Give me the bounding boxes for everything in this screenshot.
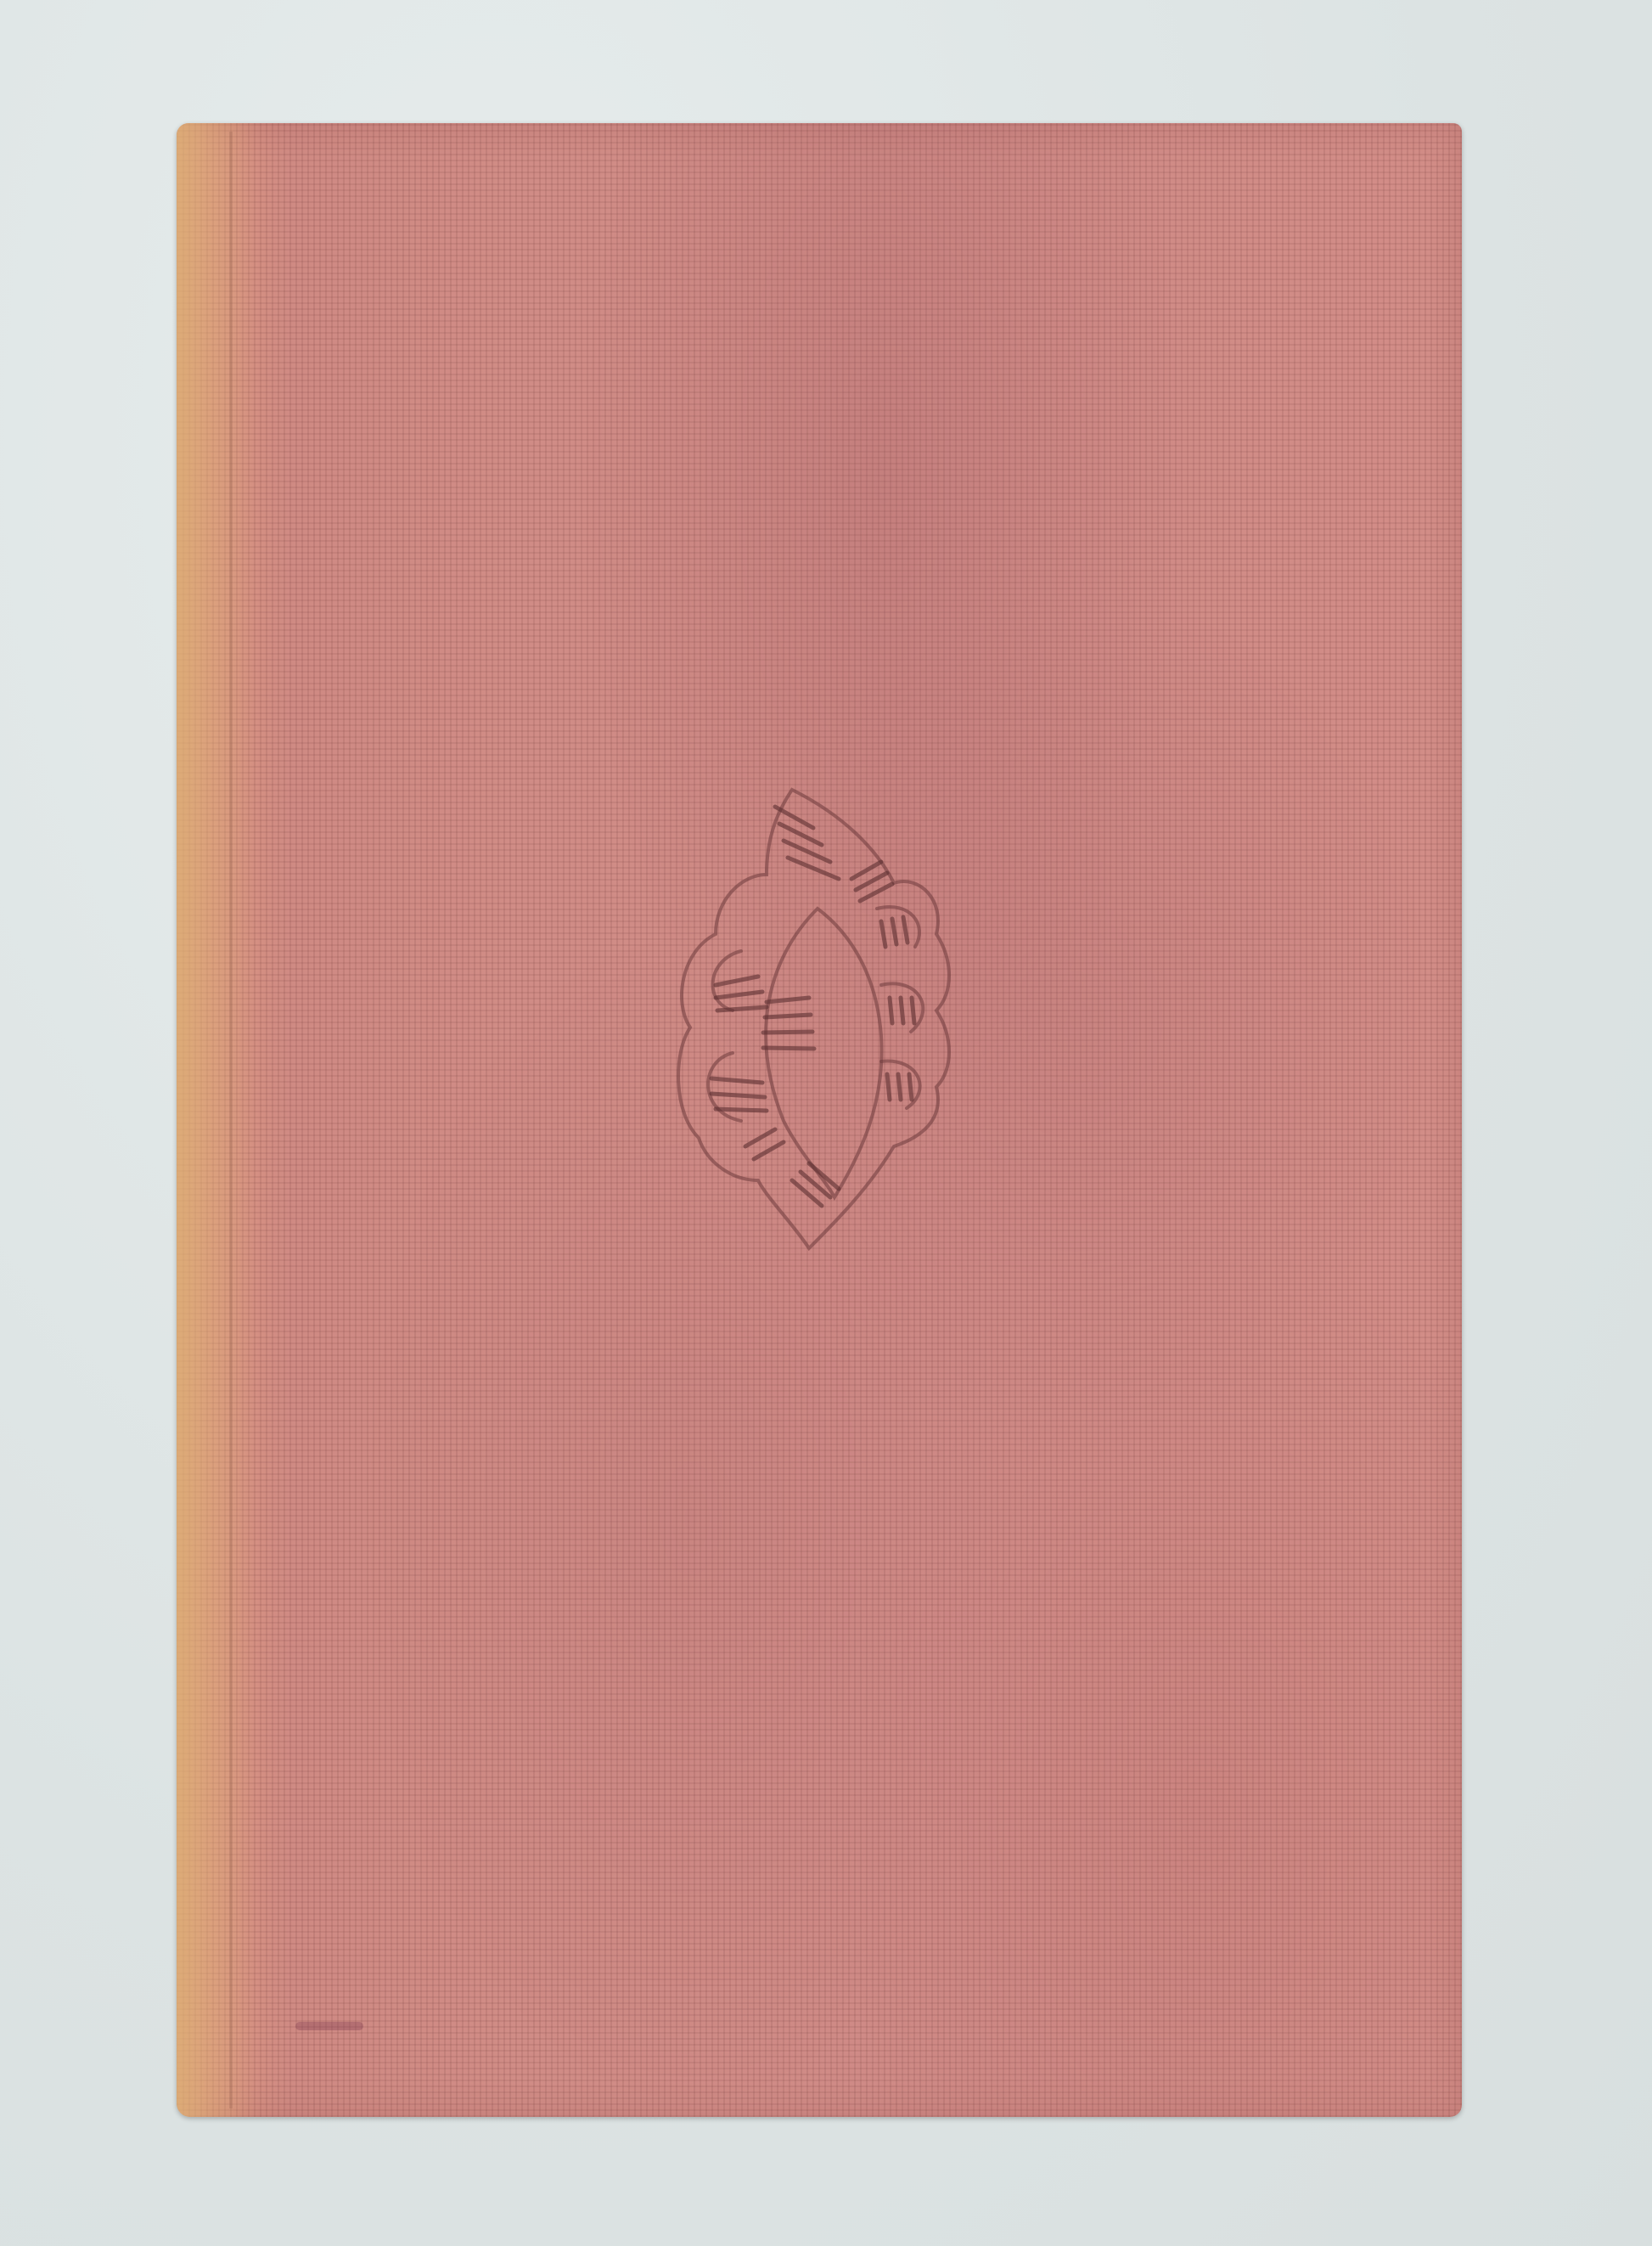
faded-spine-edge <box>177 123 257 2117</box>
book-cover <box>177 123 1462 2117</box>
cloth-stain <box>295 2022 363 2030</box>
embossed-ornament-icon <box>665 781 970 1257</box>
cover-hinge <box>229 132 233 2108</box>
